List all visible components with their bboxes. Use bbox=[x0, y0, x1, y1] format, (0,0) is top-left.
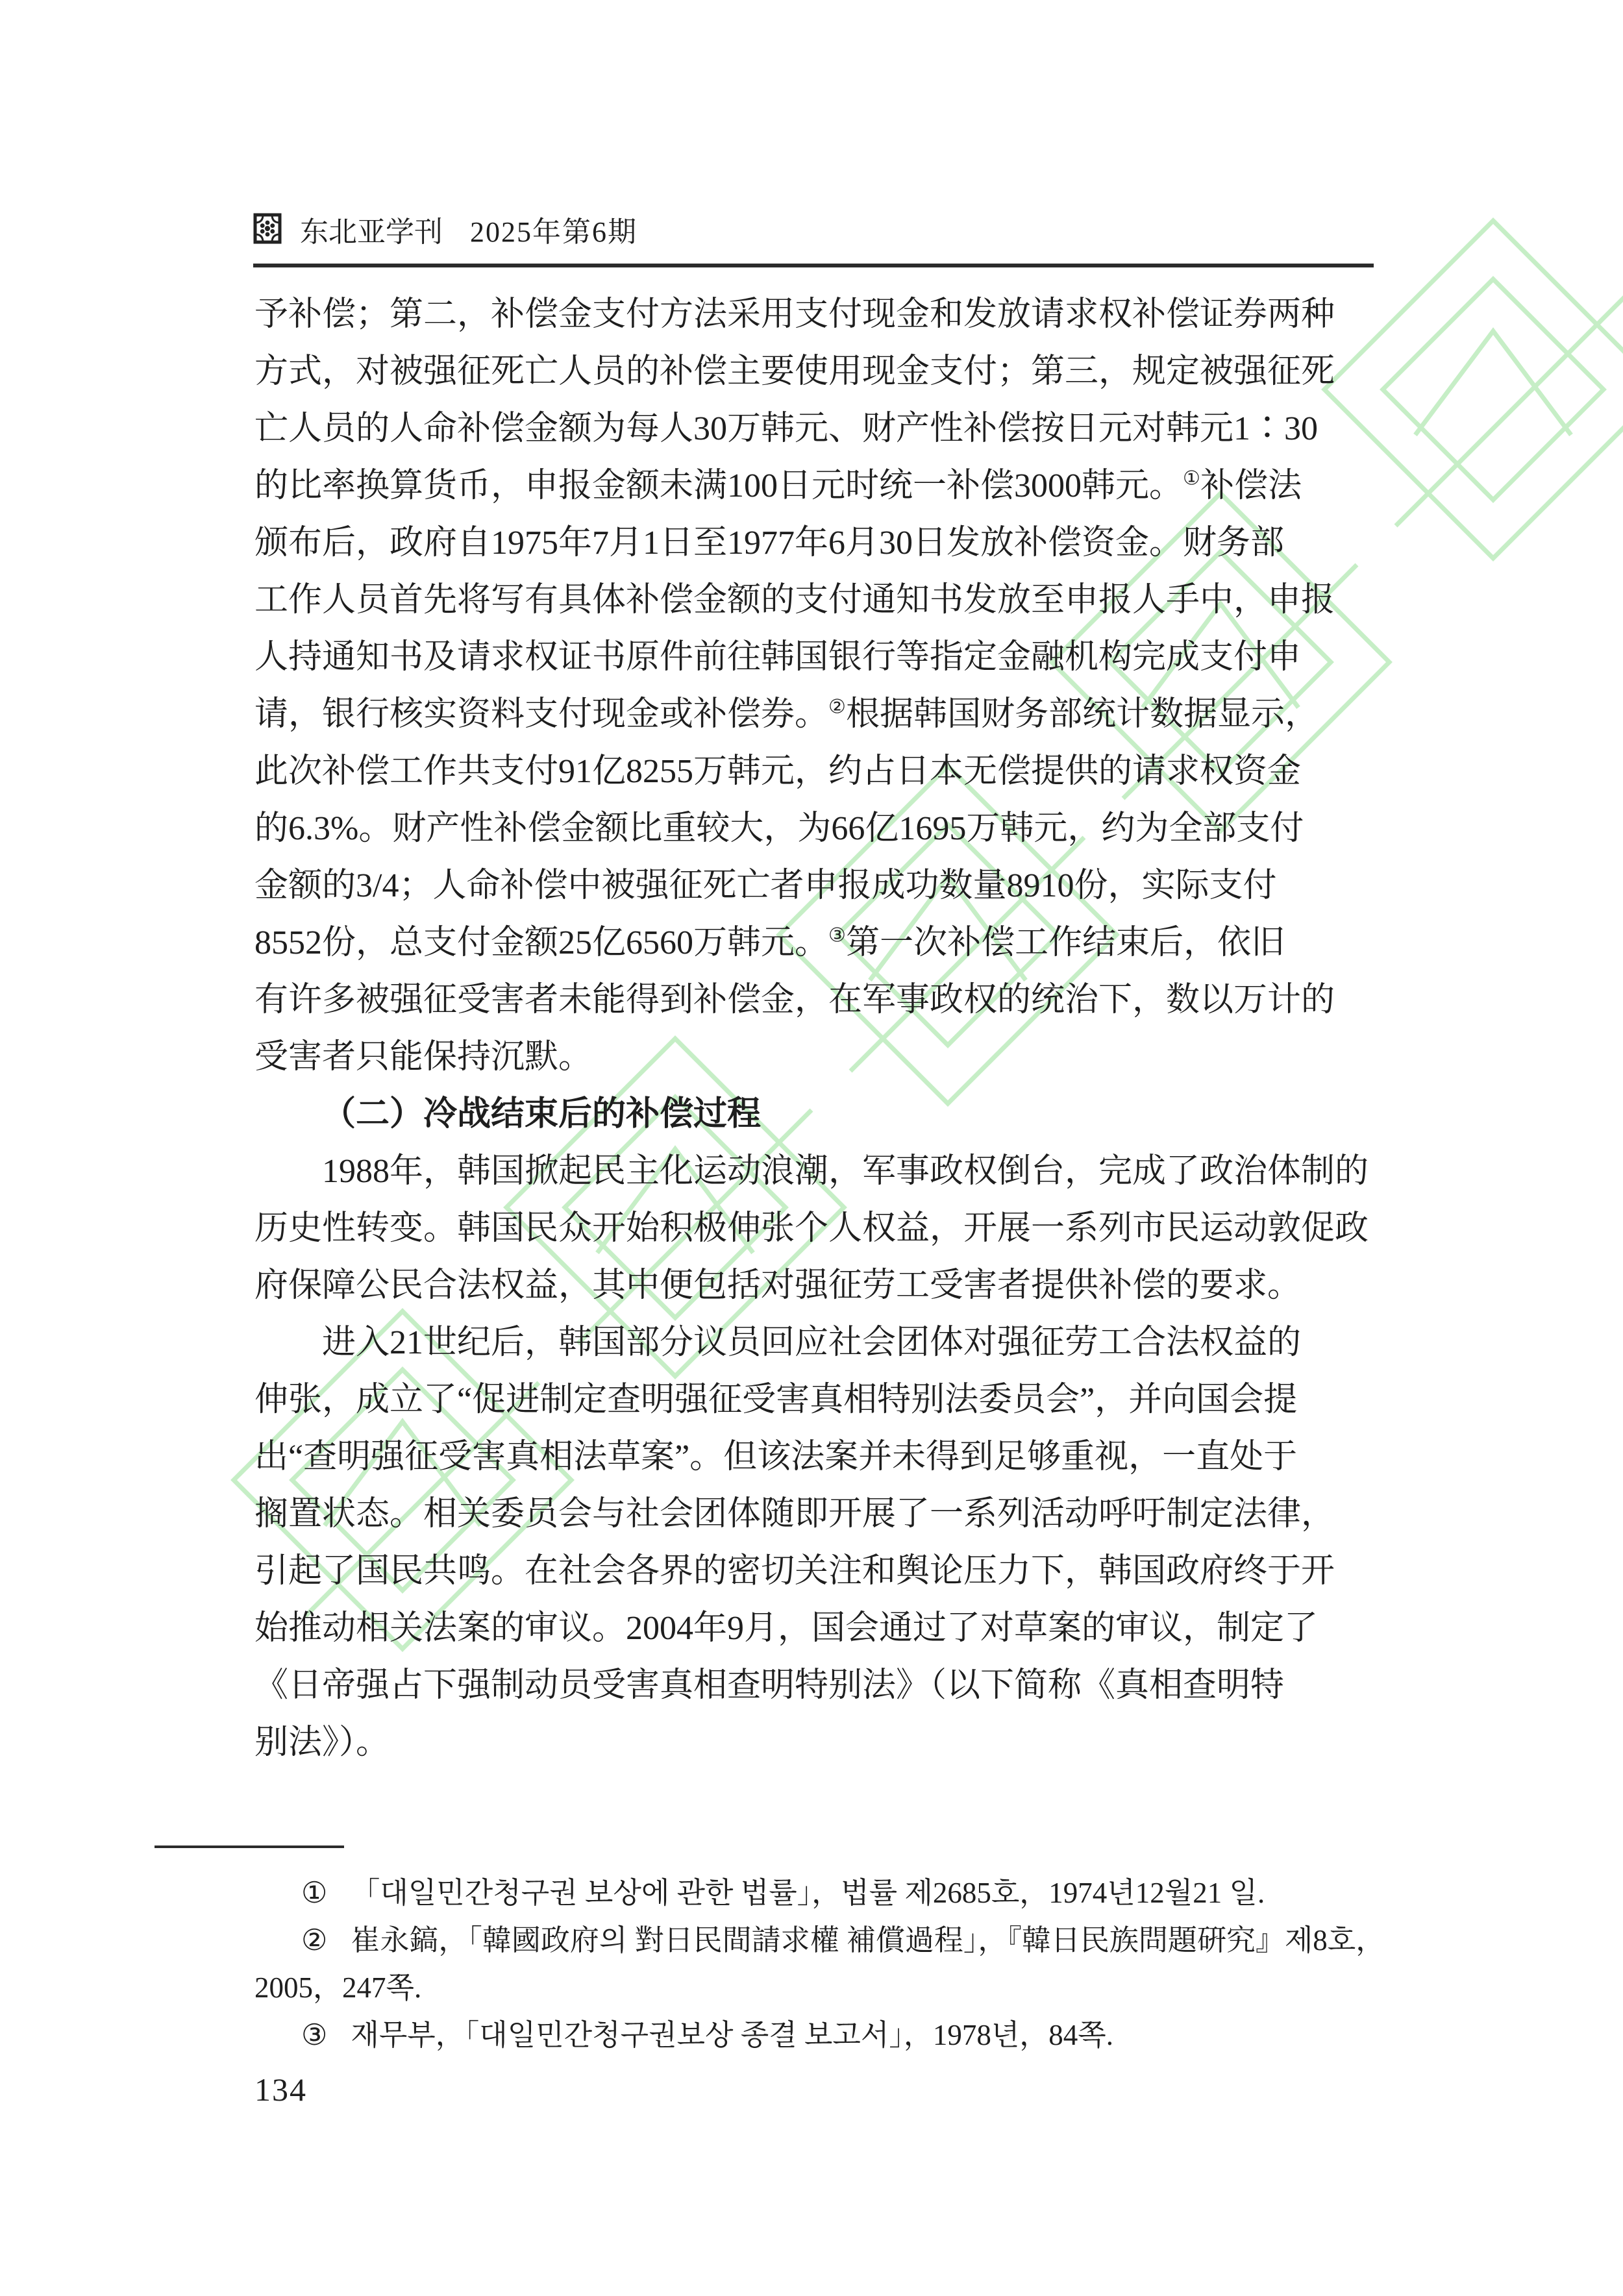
header-rule bbox=[253, 264, 1374, 267]
footnote-text: 「대일민간청구권 보상에 관한 법률」，법률 제2685호，1974년12월21… bbox=[351, 1877, 1265, 1909]
footnote-list: ①「대일민간청구권 보상에 관한 법률」，법률 제2685호，1974년12월2… bbox=[254, 1870, 1398, 2059]
footnote-ref: ② bbox=[828, 696, 846, 718]
page-header: 东北亚学刊 2025年第6期 bbox=[253, 213, 638, 251]
footnote-item: ③재무부，「대일민간청구권보상 종결 보고서」，1978년，84쪽. bbox=[254, 2012, 1398, 2059]
footnote-text: 崔永鎬，「韓國政府의 對日民間請求權 補償過程」，『韓日民族問題硏究』제8호， … bbox=[254, 1924, 1385, 2004]
journal-logo-icon bbox=[253, 213, 282, 251]
body-paragraph: 予补偿；第二，补偿金支付方法采用支付现金和发放请求权补偿证券两种 方式，对被强征… bbox=[254, 286, 1384, 1086]
journal-issue: 2025年第6期 bbox=[470, 216, 638, 249]
journal-title: 东北亚学刊 bbox=[300, 216, 443, 249]
footnote-marker: ③ bbox=[301, 2019, 351, 2051]
footnote-text: 재무부，「대일민간청구권보상 종결 보고서」，1978년，84쪽. bbox=[351, 2019, 1113, 2051]
footnote-ref: ① bbox=[1183, 467, 1200, 489]
body-paragraph: 1988年，韩国掀起民主化运动浪潮，军事政权倒台，完成了政治体制的 历史性转变。… bbox=[254, 1143, 1384, 1315]
body-text: 予补偿；第二，补偿金支付方法采用支付现金和发放请求权补偿证券两种 方式，对被强征… bbox=[254, 286, 1384, 1771]
footnote-marker: ① bbox=[301, 1877, 351, 1909]
footnote-separator bbox=[155, 1845, 344, 1848]
page-number: 134 bbox=[254, 2072, 307, 2107]
footnote-marker: ② bbox=[301, 1924, 351, 1957]
journal-page: 东北亚学刊 2025年第6期 予补偿；第二，补偿金支付方法采用支付现金和发放请求… bbox=[0, 0, 1623, 2296]
footnote-item: ②崔永鎬，「韓國政府의 對日民間請求權 補償過程」，『韓日民族問題硏究』제8호，… bbox=[254, 1917, 1398, 2012]
section-heading: （二）冷战结束后的补偿过程 bbox=[254, 1086, 1384, 1143]
footnote-ref: ③ bbox=[828, 924, 846, 946]
footnote-item: ①「대일민간청구권 보상에 관한 법률」，법률 제2685호，1974년12월2… bbox=[254, 1870, 1398, 1917]
body-paragraph: 进入21世纪后，韩国部分议员回应社会团体对强征劳工合法权益的 伸张，成立了“促进… bbox=[254, 1315, 1384, 1771]
